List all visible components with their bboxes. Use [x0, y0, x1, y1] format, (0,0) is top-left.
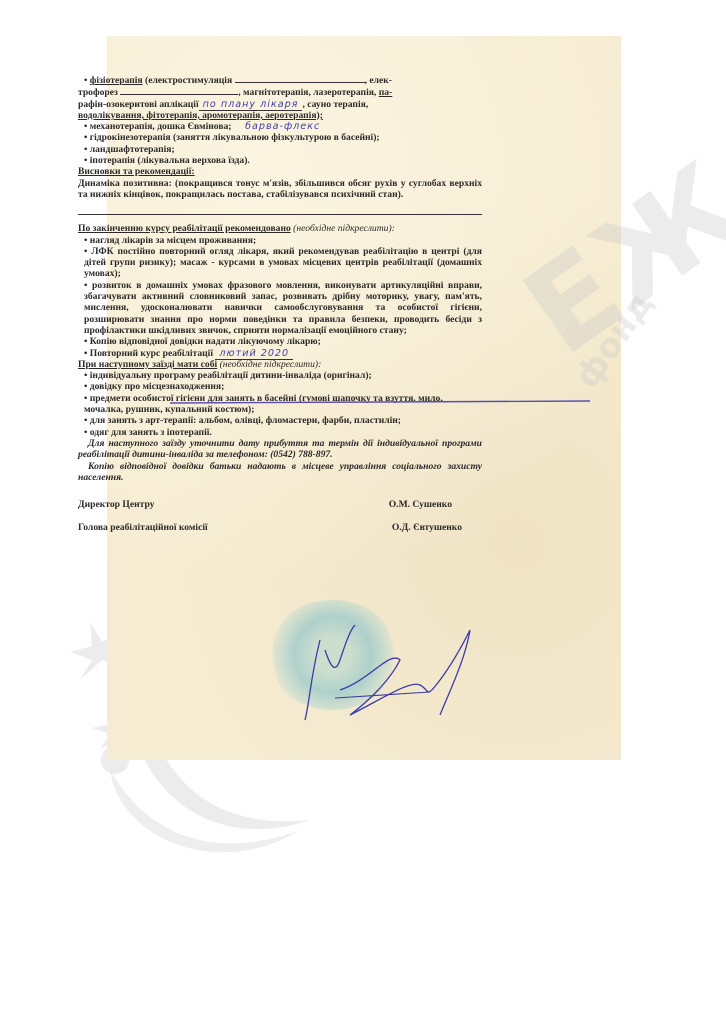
next-visit-item: • одяг для занять з іпотерапії. — [78, 427, 482, 438]
signature-row-director: Директор Центру О.М. Сушенко — [78, 499, 482, 510]
blank-rule — [78, 202, 482, 215]
next-visit-item: • індивідуальну програму реабілітації ди… — [78, 370, 482, 381]
hippo-line: • іпотерапія (лікувальна верхова їзда). — [78, 155, 482, 166]
round-stamp — [268, 600, 398, 710]
conclusions-text: Динаміка позитивна: (покращився тонус м'… — [78, 178, 482, 201]
signature-role: Директор Центру — [78, 499, 154, 510]
handwritten-entry: по плану лікаря — [199, 99, 303, 111]
landscape-line: • ландшафтотерапія; — [78, 144, 482, 155]
physio-line-3: рафін-озокеритові аплікаціїпо плану ліка… — [78, 99, 482, 110]
physio-line-4: водолікування, фітотерапія, аромотерапія… — [78, 110, 482, 121]
handwritten-entry: лютий 2020 — [215, 348, 293, 360]
signature-role: Голова реабілітаційної комісії — [78, 522, 208, 533]
handwritten-entry: барва-флекс — [241, 121, 324, 132]
recommendation-item: • розвиток в домашніх умовах фразового м… — [78, 280, 482, 336]
recommendation-item: • ЛФК постійно повторний огляд лікаря, я… — [78, 246, 482, 280]
next-visit-heading: При наступному заїзді мати собі (необхід… — [78, 359, 482, 370]
next-visit-item: • предмети особистої гігієни для занять … — [78, 393, 482, 416]
footer-note-1: Для наступного заїзду уточнити дату приб… — [78, 438, 482, 461]
pen-underline-stroke — [170, 400, 590, 404]
conclusions-title: Висновки та рекомендації: — [78, 166, 482, 177]
recommendation-item: • Копію відповідної довідки надати лікую… — [78, 336, 482, 347]
signature-row-commission: Голова реабілітаційної комісії О.Д. Євту… — [78, 522, 482, 533]
footer-note-2: Копію відповідної довідки батьки надають… — [78, 461, 482, 484]
physio-line-1: • фізіотерапія (електростимуляція , елек… — [78, 74, 482, 86]
physio-line-2: трофорез , магнітотерапія, лазеротерапія… — [78, 86, 482, 98]
signature-name: О.М. Сушенко — [389, 499, 452, 510]
next-visit-item: • довідку про місцезнаходження; — [78, 381, 482, 392]
blank-field — [120, 86, 238, 95]
recommendation-item: • нагляд лікарів за місцем проживання; — [78, 235, 482, 246]
signature-name: О.Д. Євтушенко — [392, 522, 462, 533]
next-visit-item: • для занять з арт-терапії: альбом, олів… — [78, 415, 482, 426]
hydro-line: • гідрокінезотерапія (заняття лікувально… — [78, 132, 482, 143]
repeat-course-line: • Повторний курс реабілітації лютий 2020 — [78, 348, 482, 359]
mechano-line: • механотерапія, дошка Євмінова; барва-ф… — [78, 121, 482, 132]
blank-field — [235, 74, 365, 83]
document-body: • фізіотерапія (електростимуляція , елек… — [78, 74, 482, 534]
recommendations-heading: По закінченню курсу реабілітації рекомен… — [78, 223, 482, 234]
